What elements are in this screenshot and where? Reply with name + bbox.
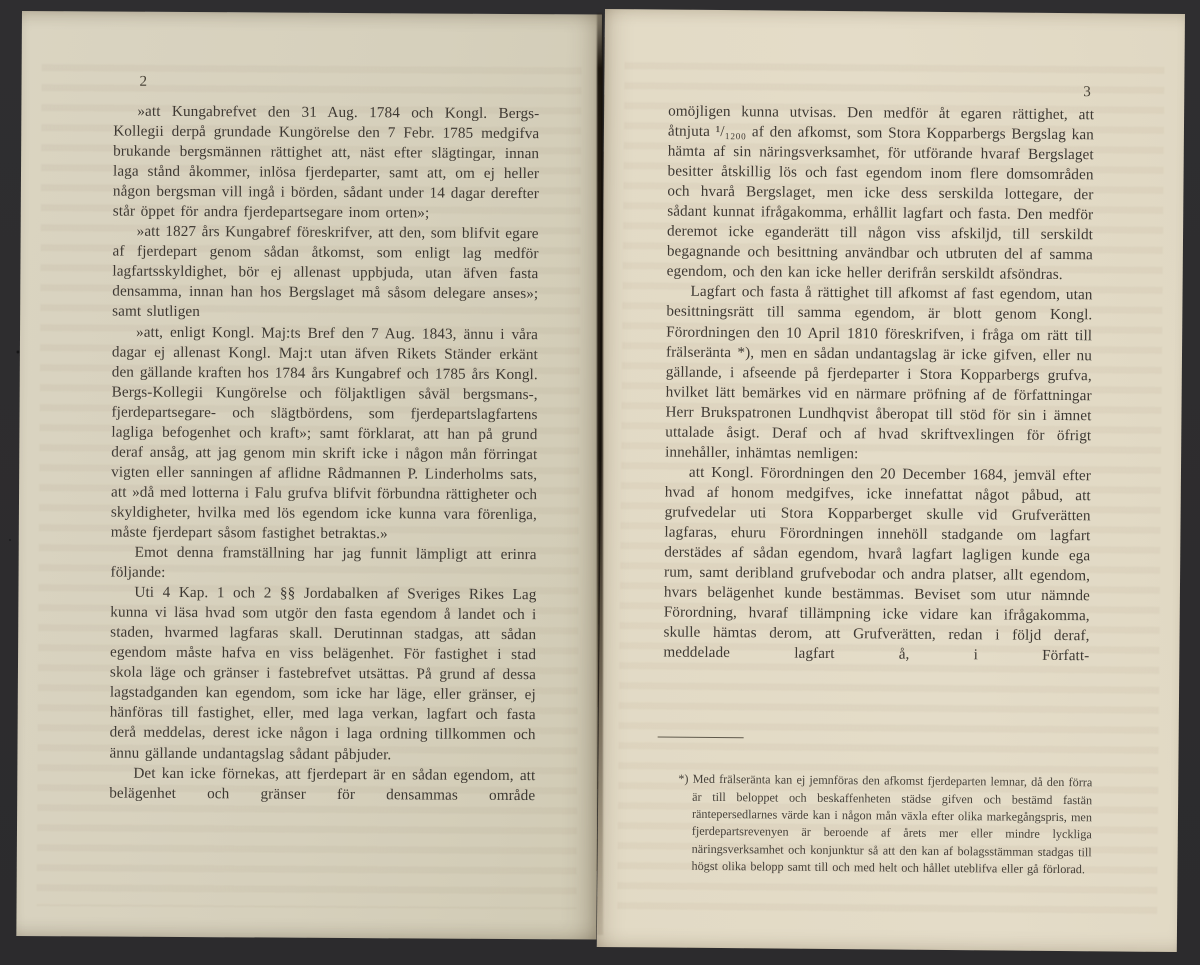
paragraph: »att Kungabrefvet den 31 Aug. 1784 och K… xyxy=(113,102,540,225)
page-right-text-block: omöjligen kunna utvisas. Den medför åt e… xyxy=(663,102,1094,667)
paragraph: Lagfart och fasta å rättighet till afkom… xyxy=(665,282,1093,466)
paragraph: »att 1827 års Kungabref föreskrifver, at… xyxy=(112,222,539,325)
paragraph: Uti 4 Kap. 1 och 2 §§ Jordabalken af Sve… xyxy=(109,583,536,766)
paragraph: »att, enligt Kongl. Maj:ts Bref den 7 Au… xyxy=(111,322,538,545)
page-left-text-block: »att Kungabrefvet den 31 Aug. 1784 och K… xyxy=(109,102,539,806)
footnote: *) Med frälseränta kan ej jemnföras den … xyxy=(677,771,1092,879)
paragraph: att Kongl. Förordningen den 20 December … xyxy=(663,462,1091,666)
page-right: 3 omöjligen kunna utvisas. Den medför åt… xyxy=(597,9,1185,952)
page-gutter-shadow xyxy=(597,13,603,935)
footnote-rule xyxy=(658,736,744,738)
paragraph: omöjligen kunna utvisas. Den medför åt e… xyxy=(667,102,1095,286)
paragraph: Det kan icke förnekas, att fjerdepart är… xyxy=(109,763,535,806)
page-number: 3 xyxy=(1083,84,1091,101)
book-spread-scan: 2 »att Kungabrefvet den 31 Aug. 1784 och… xyxy=(0,0,1200,965)
page-number: 2 xyxy=(140,74,148,91)
page-left: 2 »att Kungabrefvet den 31 Aug. 1784 och… xyxy=(16,11,602,940)
paragraph: Emot denna framställning har jag funnit … xyxy=(111,543,537,586)
